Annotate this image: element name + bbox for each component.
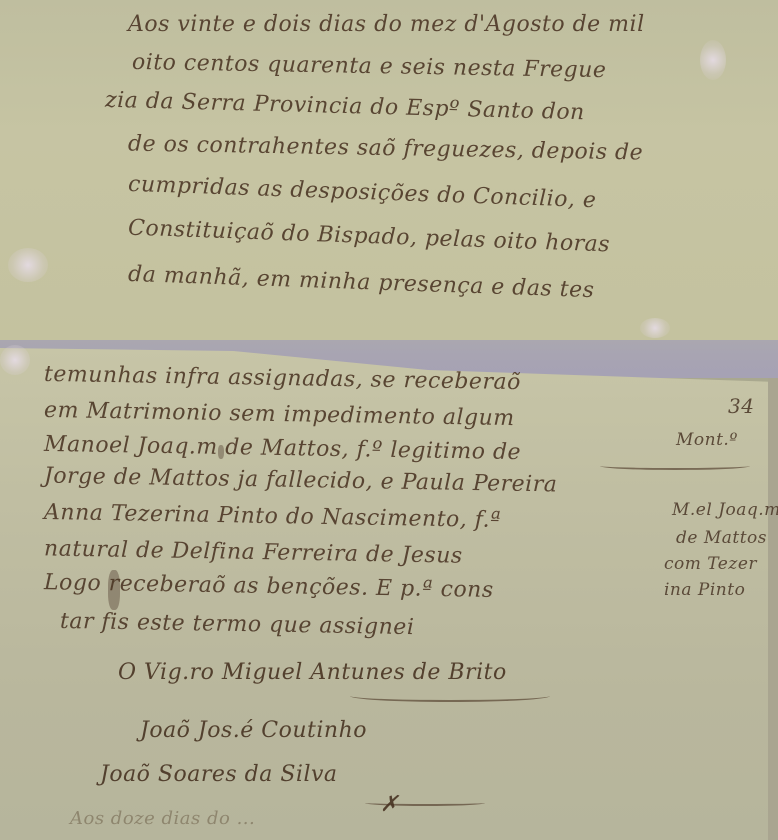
signature-vicar: O Vig.ro Miguel Antunes de Brito (118, 660, 507, 685)
page-number: 34 (728, 394, 754, 418)
bleed-through-text: Aos doze dias do ... (70, 808, 255, 829)
paper-stain (640, 318, 670, 338)
signature-witness-1: Joaõ Jos.é Coutinho (140, 718, 367, 743)
signature-flourish (350, 690, 550, 702)
paper-stain (0, 345, 30, 375)
signature-mark-line (365, 800, 485, 806)
paper-stain (700, 40, 726, 80)
page-edge (768, 378, 778, 840)
margin-note-line: com Tezer (664, 554, 757, 574)
text-line: Aos vinte e dois dias do mez d'Agosto de… (128, 12, 645, 37)
margin-note-line: ina Pinto (664, 580, 745, 600)
signature-witness-2: Joaõ Soares da Silva (100, 762, 338, 787)
paper-stain (8, 248, 48, 282)
margin-note-line: M.el Joaq.m (672, 500, 778, 520)
margin-flourish (600, 462, 750, 470)
margin-note-line: de Mattos (676, 528, 767, 548)
margin-note-heading: Mont.º (676, 430, 738, 450)
